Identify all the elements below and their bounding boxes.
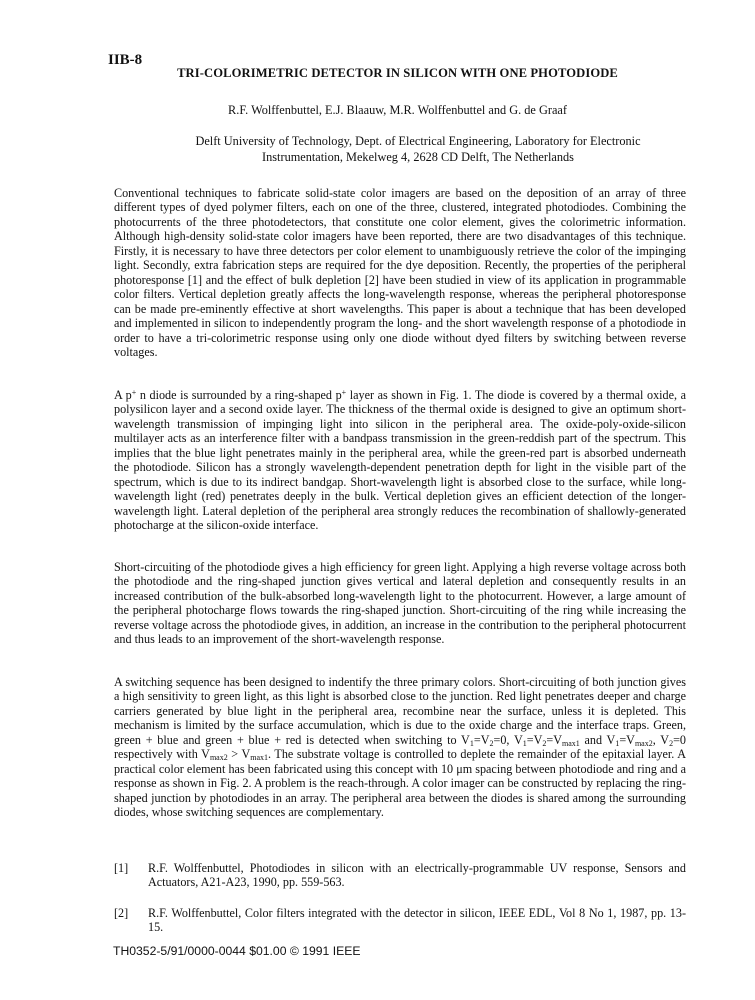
authors: R.F. Wolffenbuttel, E.J. Blaauw, M.R. Wo… bbox=[0, 103, 755, 118]
reference-number: [2] bbox=[114, 906, 144, 920]
p4-text: =V bbox=[474, 733, 490, 747]
p4-text: > V bbox=[228, 747, 251, 761]
p4-text: =V bbox=[619, 733, 635, 747]
p4-text: and V bbox=[580, 733, 616, 747]
affiliation-line-1: Delft University of Technology, Dept. of… bbox=[138, 133, 698, 149]
paragraph-2: A p+ n diode is surrounded by a ring-sha… bbox=[114, 388, 686, 533]
reference-2: [2] R.F. Wolffenbuttel, Color filters in… bbox=[114, 906, 686, 935]
p4-text: =0, V bbox=[493, 733, 522, 747]
paper-title: TRI-COLORIMETRIC DETECTOR IN SILICON WIT… bbox=[0, 66, 755, 81]
affiliation: Delft University of Technology, Dept. of… bbox=[138, 133, 698, 165]
p2-text-c: layer as shown in Fig. 1. The diode is c… bbox=[114, 388, 686, 532]
copyright-footer: TH0352-5/91/0000-0044 $01.00 © 1991 IEEE bbox=[113, 944, 361, 958]
reference-1: [1] R.F. Wolffenbuttel, Photodiodes in s… bbox=[114, 861, 686, 890]
p2-text-a: A p bbox=[114, 388, 132, 402]
reference-number: [1] bbox=[114, 861, 144, 875]
reference-text: R.F. Wolffenbuttel, Photodiodes in silic… bbox=[148, 861, 686, 890]
p4-text: , V bbox=[653, 733, 669, 747]
p4-text: =V bbox=[546, 733, 562, 747]
affiliation-line-2: Instrumentation, Mekelweg 4, 2628 CD Del… bbox=[138, 149, 698, 165]
p4-text: =V bbox=[527, 733, 543, 747]
p2-text-b: n diode is surrounded by a ring-shaped p bbox=[136, 388, 341, 402]
paragraph-1: Conventional techniques to fabricate sol… bbox=[114, 186, 686, 359]
paragraph-3: Short-circuiting of the photodiode gives… bbox=[114, 560, 686, 647]
reference-text: R.F. Wolffenbuttel, Color filters integr… bbox=[148, 906, 686, 935]
paragraph-4: A switching sequence has been designed t… bbox=[114, 675, 686, 820]
